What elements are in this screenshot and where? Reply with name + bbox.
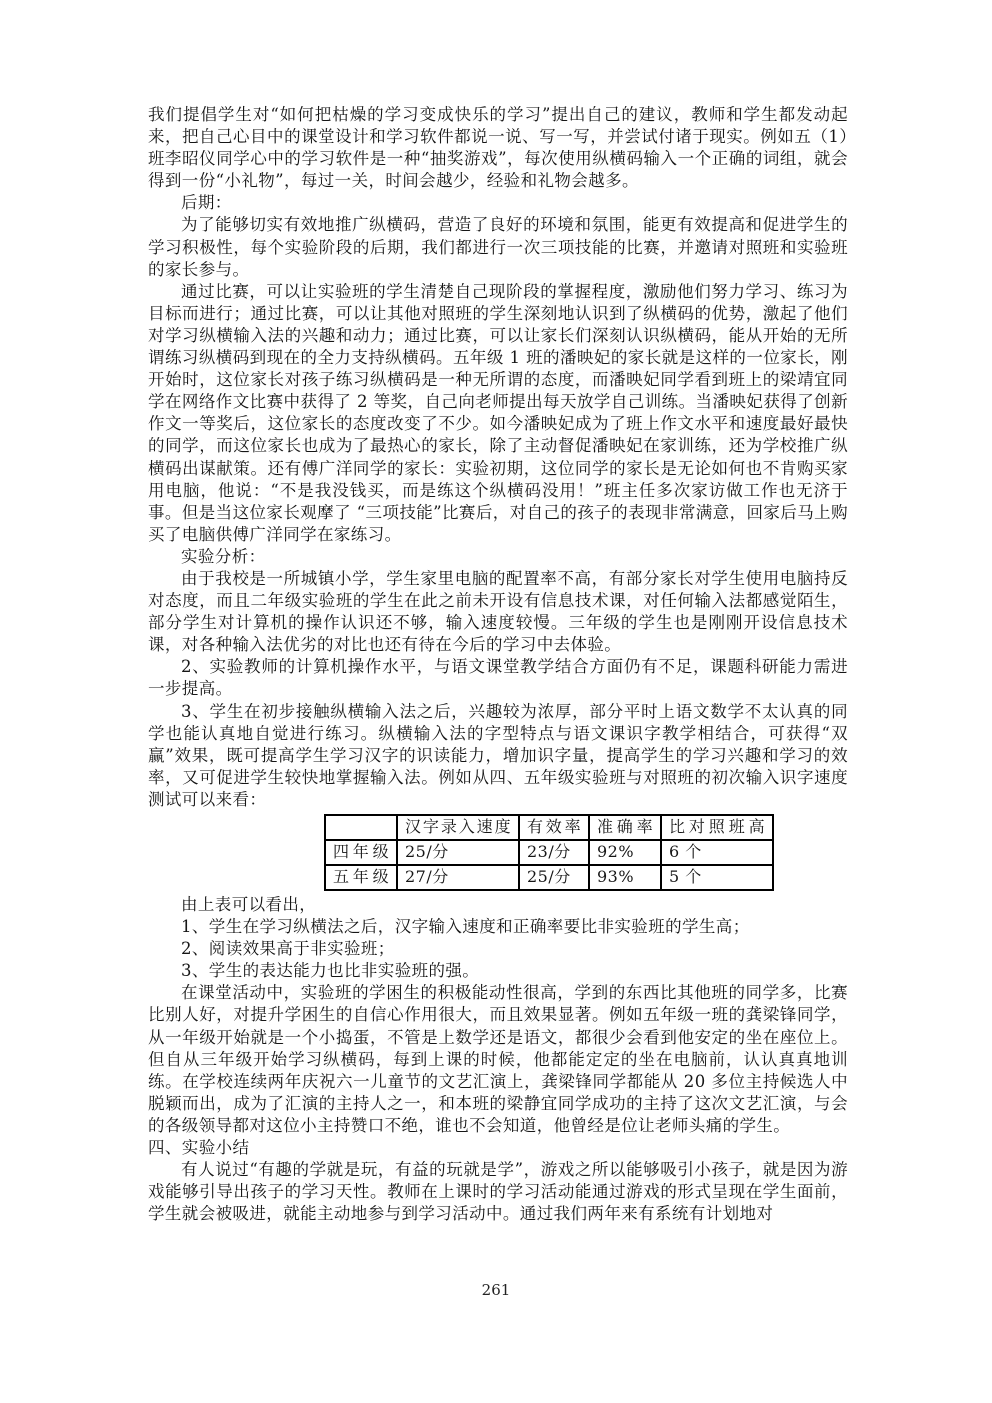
cell-accuracy: 92% [589,840,661,865]
document-page: 我们提倡学生对“如何把枯燥的学习变成快乐的学习”提出自己的建议，教师和学生都发动… [0,0,992,1403]
table-header-accuracy: 准确率 [589,815,661,840]
section-label-houqi: 后期： [148,192,848,214]
results-table: 汉字录入速度 有效率 准确率 比对照班高 四年级 25/分 23/分 92% 6… [324,814,774,891]
paragraph: 2、实验教师的计算机操作水平，与语文课堂教学结合方面仍有不足，课题科研能力需进一… [148,656,848,700]
table-header-typing-speed: 汉字录入速度 [397,815,519,840]
document-content: 我们提倡学生对“如何把枯燥的学习变成快乐的学习”提出自己的建议，教师和学生都发动… [148,104,848,1225]
cell-efficiency: 23/分 [519,840,589,865]
row-label: 四年级 [325,840,397,865]
list-item-3: 3、学生的表达能力也比非实验班的强。 [148,960,848,982]
paragraph-continuation: 我们提倡学生对“如何把枯燥的学习变成快乐的学习”提出自己的建议，教师和学生都发动… [148,104,848,192]
cell-vs-control: 6 个 [661,840,773,865]
list-item-2: 2、阅读效果高于非实验班； [148,938,848,960]
cell-speed: 27/分 [397,865,519,890]
paragraph: 由于我校是一所城镇小学，学生家里电脑的配置率不高，有部分家长对学生使用电脑持反对… [148,568,848,656]
table-header-efficiency: 有效率 [519,815,589,840]
cell-speed: 25/分 [397,840,519,865]
table-row-grade5: 五年级 27/分 25/分 93% 5 个 [325,865,773,890]
cell-vs-control: 5 个 [661,865,773,890]
paragraph: 为了能够切实有效地推广纵横码，营造了良好的环境和氛围，能更有效提高和促进学生的学… [148,214,848,280]
list-item-1: 1、学生在学习纵横法之后，汉字输入速度和正确率要比非实验班的学生高； [148,916,848,938]
paragraph: 在课堂活动中，实验班的学困生的积极能动性很高，学到的东西比其他班的同学多，比赛比… [148,982,848,1137]
paragraph-table-intro-result: 由上表可以看出， [148,894,848,916]
section-heading-experiment-summary: 四、实验小结 [148,1137,848,1159]
paragraph: 3、学生在初步接触纵横输入法之后，兴趣较为浓厚，部分平时上语文数学不太认真的同学… [148,701,848,811]
row-label: 五年级 [325,865,397,890]
paragraph: 通过比赛，可以让实验班的学生清楚自己现阶段的掌握程度，激励他们努力学习、练习为目… [148,281,848,546]
section-label-experiment-analysis: 实验分析： [148,546,848,568]
table-header-row: 汉字录入速度 有效率 准确率 比对照班高 [325,815,773,840]
table-row-grade4: 四年级 25/分 23/分 92% 6 个 [325,840,773,865]
table-header-empty [325,815,397,840]
paragraph: 有人说过“有趣的学就是玩，有益的玩就是学”，游戏之所以能够吸引小孩子，就是因为游… [148,1159,848,1225]
page-number: 261 [0,1281,992,1299]
cell-efficiency: 25/分 [519,865,589,890]
cell-accuracy: 93% [589,865,661,890]
table-header-vs-control: 比对照班高 [661,815,773,840]
